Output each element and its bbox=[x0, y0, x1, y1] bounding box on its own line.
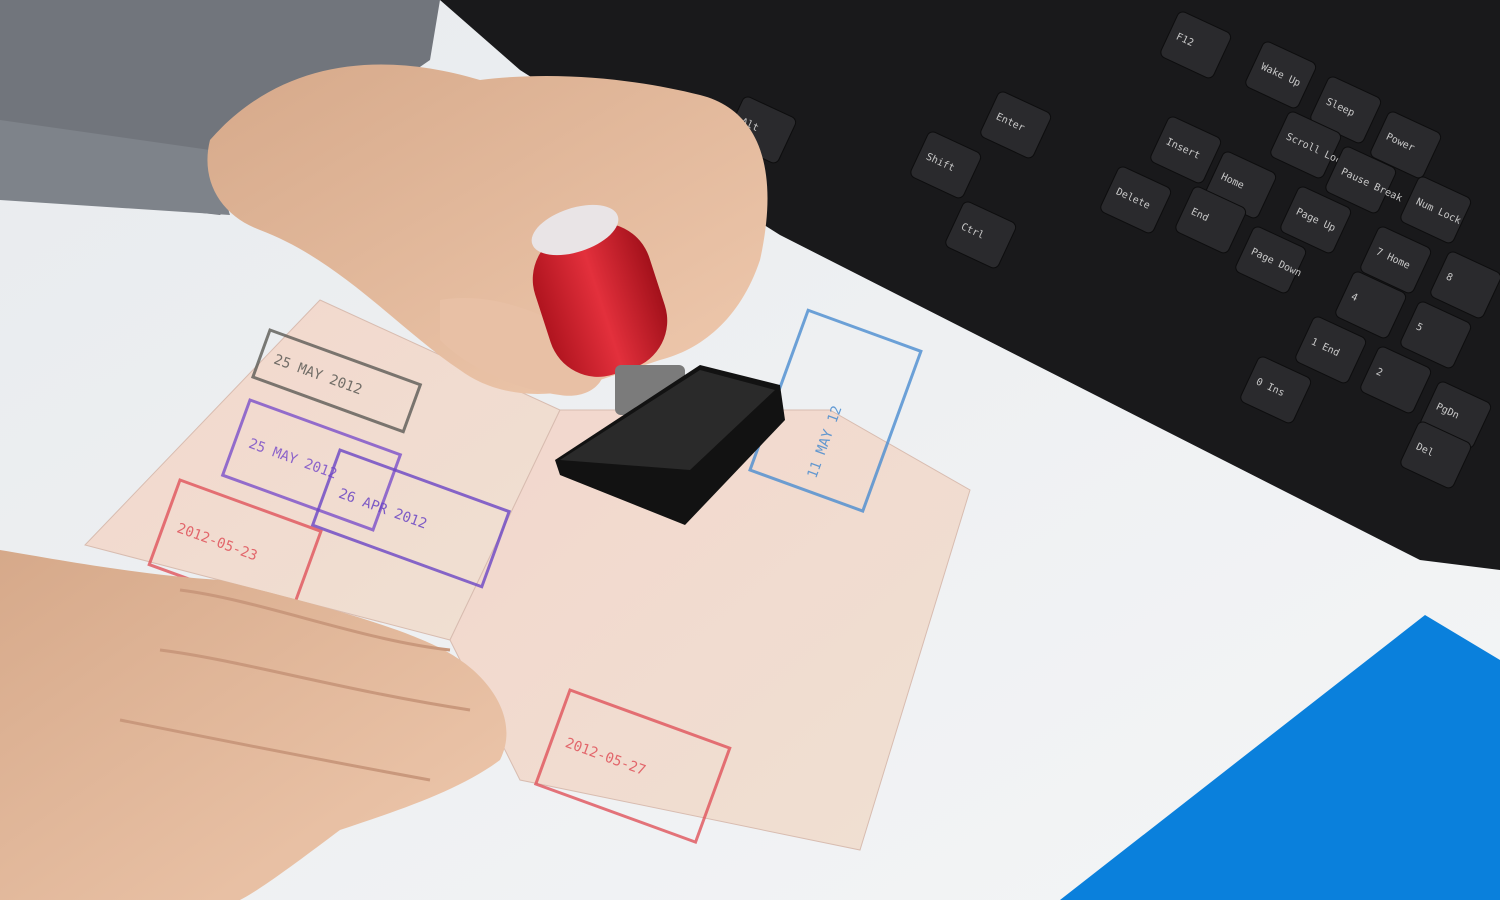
photo-canvas: F12Wake UpSleepPowerAltEnterShiftCtrlIns… bbox=[0, 0, 1500, 900]
photo-scene: F12Wake UpSleepPowerAltEnterShiftCtrlIns… bbox=[0, 0, 1500, 900]
